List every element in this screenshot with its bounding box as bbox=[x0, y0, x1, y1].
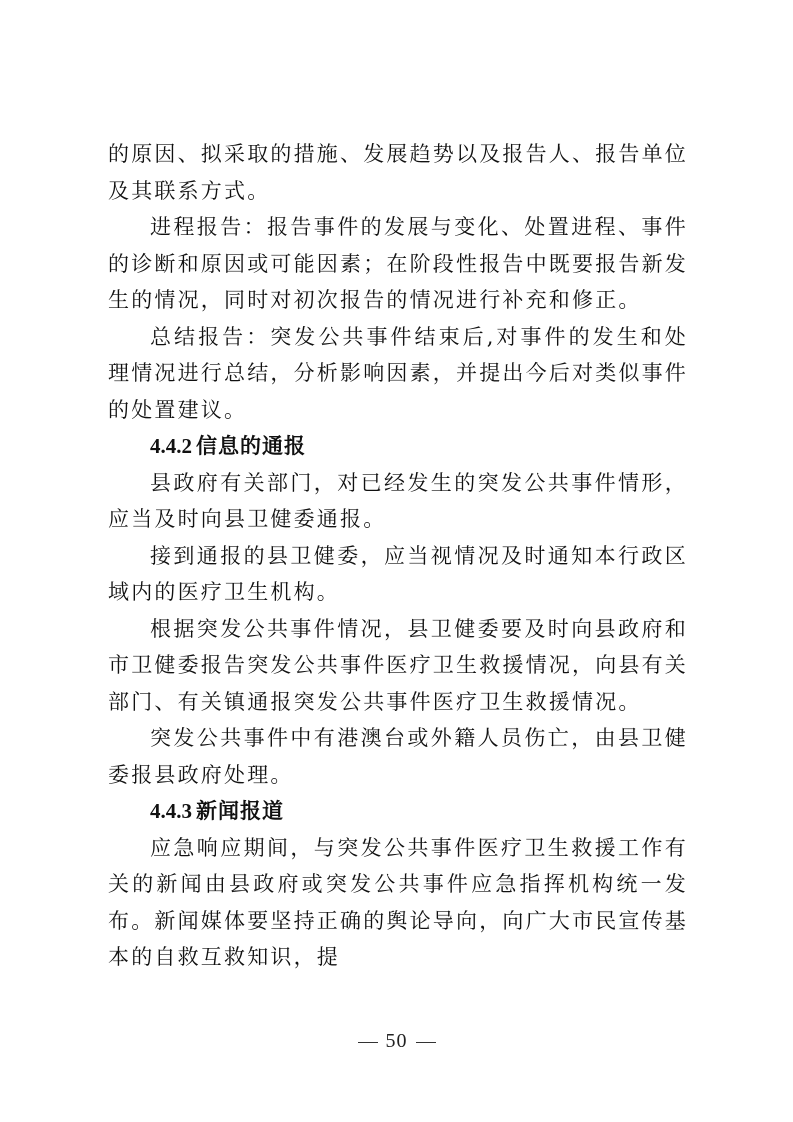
section-title: 新闻报道 bbox=[196, 798, 284, 823]
paragraph-continuation: 的原因、拟采取的措施、发展趋势以及报告人、报告单位及其联系方式。 bbox=[108, 136, 688, 209]
section-title: 信息的通报 bbox=[196, 433, 306, 458]
paragraph-progress-report: 进程报告：报告事件的发展与变化、处置进程、事件的诊断和原因或可能因素；在阶段性报… bbox=[108, 209, 688, 319]
paragraph-summary-report: 总结报告：突发公共事件结束后,对事件的发生和处理情况进行总结，分析影响因素，并提… bbox=[108, 319, 688, 429]
paragraph-notification-2: 接到通报的县卫健委，应当视情况及时通知本行政区域内的医疗卫生机构。 bbox=[108, 538, 688, 611]
section-number: 4.4.3 bbox=[150, 799, 192, 823]
section-heading-4-4-3: 4.4.3新闻报道 bbox=[108, 793, 688, 830]
section-number: 4.4.2 bbox=[150, 434, 192, 458]
page-content: 的原因、拟采取的措施、发展趋势以及报告人、报告单位及其联系方式。 进程报告：报告… bbox=[108, 136, 688, 976]
paragraph-news-report-1: 应急响应期间，与突发公共事件医疗卫生救援工作有关的新闻由县政府或突发公共事件应急… bbox=[108, 830, 688, 976]
page-number-footer: 50 bbox=[0, 1030, 793, 1053]
paragraph-notification-4: 突发公共事件中有港澳台或外籍人员伤亡，由县卫健委报县政府处理。 bbox=[108, 720, 688, 793]
dash-right bbox=[416, 1042, 436, 1043]
document-page: 的原因、拟采取的措施、发展趋势以及报告人、报告单位及其联系方式。 进程报告：报告… bbox=[0, 0, 793, 1122]
page-number: 50 bbox=[386, 1030, 408, 1052]
dash-left bbox=[358, 1042, 378, 1043]
paragraph-notification-3: 根据突发公共事件情况，县卫健委要及时向县政府和市卫健委报告突发公共事件医疗卫生救… bbox=[108, 611, 688, 721]
section-heading-4-4-2: 4.4.2信息的通报 bbox=[108, 428, 688, 465]
paragraph-notification-1: 县政府有关部门，对已经发生的突发公共事件情形，应当及时向县卫健委通报。 bbox=[108, 465, 688, 538]
